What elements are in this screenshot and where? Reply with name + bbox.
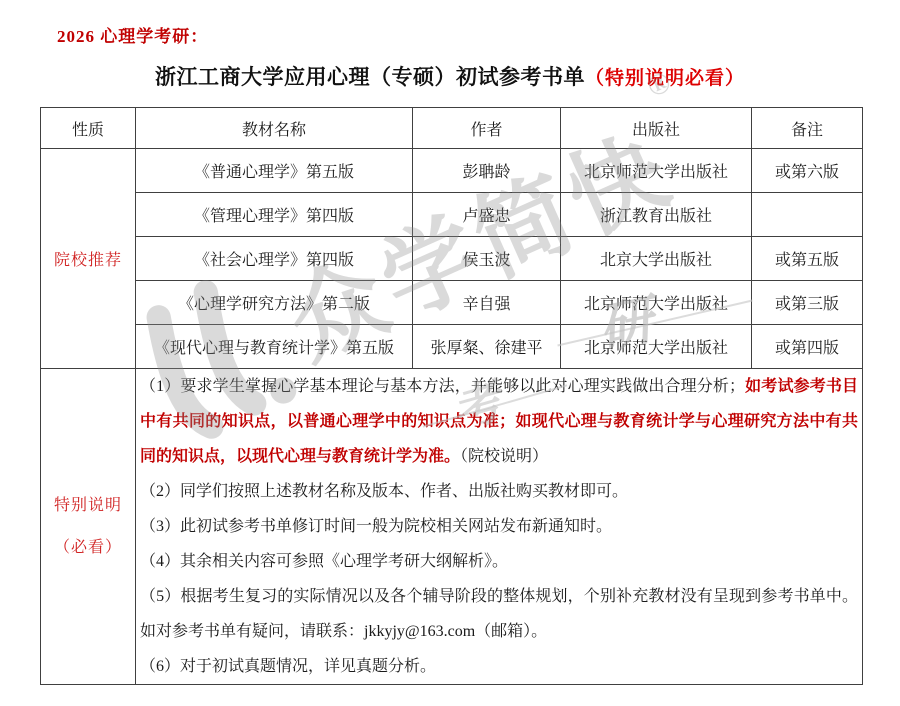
special-label-line1: 特别说明 [45, 485, 131, 527]
page-title-note: （特别说明必看） [585, 68, 745, 89]
book-name-cell: 《普通心理学》第五版 [136, 149, 413, 193]
special-label-line2: （必看） [45, 527, 131, 569]
note-paragraph-1: （1）要求学生掌握心学基本理论与基本方法，并能够以此对心理实践做出合理分析；如考… [140, 369, 858, 474]
group-label-cell: 院校推荐 [41, 149, 136, 369]
table-row: 院校推荐 《普通心理学》第五版 彭聃龄 北京师范大学出版社 或第六版 [41, 149, 863, 193]
note-cell: 或第三版 [752, 281, 863, 325]
special-notes-row: 特别说明 （必看） （1）要求学生掌握心学基本理论与基本方法，并能够以此对心理实… [41, 369, 863, 685]
publisher-cell: 北京师范大学出版社 [561, 281, 752, 325]
note-6-text: （6）对于初试真题情况，详见真题分析。 [140, 658, 436, 675]
table-row: 《现代心理与教育统计学》第五版 张厚粲、徐建平 北京师范大学出版社 或第四版 [41, 325, 863, 369]
publisher-cell: 北京师范大学出版社 [561, 149, 752, 193]
note-cell [752, 193, 863, 237]
column-header-nature: 性质 [41, 108, 136, 149]
table-row: 《社会心理学》第四版 侯玉波 北京大学出版社 或第五版 [41, 237, 863, 281]
notes-cell: （1）要求学生掌握心学基本理论与基本方法，并能够以此对心理实践做出合理分析；如考… [136, 369, 863, 685]
book-name-cell: 《社会心理学》第四版 [136, 237, 413, 281]
note-paragraph-6: （6）对于初试真题情况，详见真题分析。 [140, 649, 858, 684]
note-1-black-lead: （1）要求学生掌握心学基本理论与基本方法，并能够以此对心理实践做出合理分析； [140, 378, 745, 395]
note-paragraph-3: （3）此初试参考书单修订时间一般为院校相关网站发布新通知时。 [140, 509, 858, 544]
publisher-cell: 北京师范大学出版社 [561, 325, 752, 369]
author-cell: 张厚粲、徐建平 [413, 325, 561, 369]
note-cell: 或第六版 [752, 149, 863, 193]
note-4-text: （4）其余相关内容可参照《心理学考研大纲解析》。 [140, 553, 508, 570]
author-cell: 侯玉波 [413, 237, 561, 281]
author-cell: 彭聃龄 [413, 149, 561, 193]
column-header-author: 作者 [413, 108, 561, 149]
doc-header: 2026 心理学考研： [57, 22, 208, 47]
page-title: 浙江工商大学应用心理（专硕）初试参考书单（特别说明必看） [0, 61, 900, 91]
book-name-cell: 《现代心理与教育统计学》第五版 [136, 325, 413, 369]
page-title-main: 浙江工商大学应用心理（专硕）初试参考书单 [155, 66, 585, 89]
table-row: 《管理心理学》第四版 卢盛忠 浙江教育出版社 [41, 193, 863, 237]
book-name-cell: 《心理学研究方法》第二版 [136, 281, 413, 325]
note-3-text: （3）此初试参考书单修订时间一般为院校相关网站发布新通知时。 [140, 518, 612, 535]
table-row: 《心理学研究方法》第二版 辛自强 北京师范大学出版社 或第三版 [41, 281, 863, 325]
header-row: 性质 教材名称 作者 出版社 备注 [41, 108, 863, 149]
booklist-table-wrap: 性质 教材名称 作者 出版社 备注 院校推荐 《普通心理学》第五版 彭聃龄 北京… [40, 107, 862, 685]
author-cell: 辛自强 [413, 281, 561, 325]
column-header-publisher: 出版社 [561, 108, 752, 149]
note-cell: 或第五版 [752, 237, 863, 281]
note-cell: 或第四版 [752, 325, 863, 369]
column-header-book: 教材名称 [136, 108, 413, 149]
document-page: 2026 心理学考研： 浙江工商大学应用心理（专硕）初试参考书单（特别说明必看）… [0, 0, 900, 706]
note-paragraph-2: （2）同学们按照上述教材名称及版本、作者、出版社购买教材即可。 [140, 474, 858, 509]
book-name-cell: 《管理心理学》第四版 [136, 193, 413, 237]
publisher-cell: 浙江教育出版社 [561, 193, 752, 237]
note-paragraph-5: （5）根据考生复习的实际情况以及各个辅导阶段的整体规划，个别补充教材没有呈现到参… [140, 579, 858, 649]
note-5-text: （5）根据考生复习的实际情况以及各个辅导阶段的整体规划，个别补充教材没有呈现到参… [140, 588, 858, 640]
note-1-black-tail: （院校说明） [460, 448, 548, 465]
special-label-cell: 特别说明 （必看） [41, 369, 136, 685]
booklist-table: 性质 教材名称 作者 出版社 备注 院校推荐 《普通心理学》第五版 彭聃龄 北京… [40, 107, 863, 685]
author-cell: 卢盛忠 [413, 193, 561, 237]
publisher-cell: 北京大学出版社 [561, 237, 752, 281]
note-paragraph-4: （4）其余相关内容可参照《心理学考研大纲解析》。 [140, 544, 858, 579]
note-2-text: （2）同学们按照上述教材名称及版本、作者、出版社购买教材即可。 [140, 483, 628, 500]
column-header-note: 备注 [752, 108, 863, 149]
